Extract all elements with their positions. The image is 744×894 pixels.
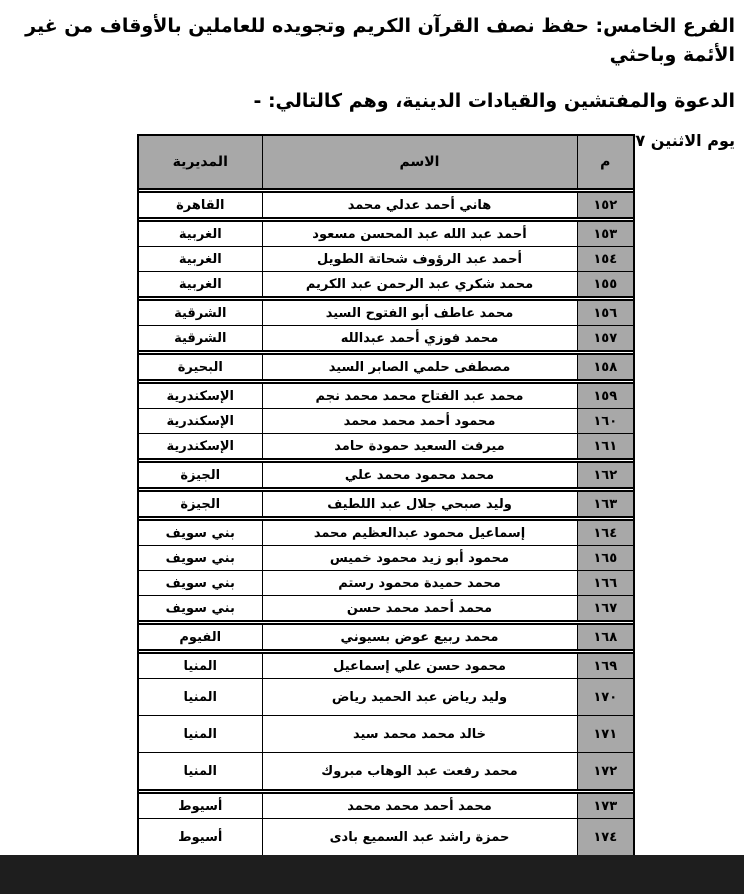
table-row: ١٦٩محمود حسن علي إسماعيلالمنيا [138, 653, 634, 679]
serial-cell: ١٥٩ [577, 383, 634, 409]
serial-cell: ١٦٦ [577, 571, 634, 596]
name-cell: محمد ربيع عوض بسيوني [262, 624, 577, 650]
serial-cell: ١٦٤ [577, 520, 634, 546]
name-cell: محمد شكري عبد الرحمن عبد الكريم [262, 272, 577, 298]
directorate-cell: الغربية [138, 272, 262, 298]
title-line-2: الدعوة والمفتشين والقيادات الدينية، وهم … [9, 87, 735, 116]
name-cell: محمود أبو زيد محمود خميس [262, 546, 577, 571]
table-row: ١٥٣أحمد عبد الله عبد المحسن مسعودالغربية [138, 221, 634, 247]
name-cell: مصطفى حلمي الصابر السيد [262, 354, 577, 380]
names-table: م الاسم المديرية ١٥٢هاني أحمد عدلي محمدا… [137, 134, 635, 857]
serial-cell: ١٦١ [577, 434, 634, 460]
table-row: ١٥٦محمد عاطف أبو الفتوح السيدالشرقية [138, 300, 634, 326]
document-heading: الفرع الخامس: حفظ نصف القرآن الكريم وتجو… [9, 12, 735, 153]
name-cell: محمد عاطف أبو الفتوح السيد [262, 300, 577, 326]
table-row: ١٦٨محمد ربيع عوض بسيونيالفيوم [138, 624, 634, 650]
serial-cell: ١٦٥ [577, 546, 634, 571]
serial-cell: ١٥٧ [577, 326, 634, 352]
serial-cell: ١٦٨ [577, 624, 634, 650]
document-page: الفرع الخامس: حفظ نصف القرآن الكريم وتجو… [0, 0, 744, 894]
table-row: ١٧١خالد محمد محمد سيدالمنيا [138, 716, 634, 753]
table-header: م الاسم المديرية [138, 135, 634, 189]
table-row: ١٥٩محمد عبد الفتاح محمد محمد نجمالإسكندر… [138, 383, 634, 409]
name-cell: وليد صبحي جلال عبد اللطيف [262, 491, 577, 517]
name-cell: محمد محمود محمد علي [262, 462, 577, 488]
column-header-serial: م [577, 135, 634, 189]
name-cell: محمد حميدة محمود رستم [262, 571, 577, 596]
directorate-cell: الإسكندرية [138, 383, 262, 409]
directorate-cell: الجيزة [138, 491, 262, 517]
name-cell: محمود حسن علي إسماعيل [262, 653, 577, 679]
name-cell: أحمد عبد الرؤوف شحاتة الطويل [262, 247, 577, 272]
serial-cell: ١٦٣ [577, 491, 634, 517]
table-row: ١٦٤إسماعيل محمود عبدالعظيم محمدبني سويف [138, 520, 634, 546]
name-cell: محمد فوزي أحمد عبدالله [262, 326, 577, 352]
serial-cell: ١٥٣ [577, 221, 634, 247]
column-header-name: الاسم [262, 135, 577, 189]
directorate-cell: المنيا [138, 753, 262, 791]
directorate-cell: المنيا [138, 716, 262, 753]
column-header-directorate: المديرية [138, 135, 262, 189]
directorate-cell: الإسكندرية [138, 409, 262, 434]
directorate-cell: الشرقية [138, 300, 262, 326]
viewer-bottom-bar [0, 855, 744, 894]
directorate-cell: بني سويف [138, 520, 262, 546]
directorate-cell: أسيوط [138, 819, 262, 857]
directorate-cell: المنيا [138, 679, 262, 716]
serial-cell: ١٦٩ [577, 653, 634, 679]
table-row: ١٧٤حمزة راشد عبد السميع بادىأسيوط [138, 819, 634, 857]
serial-cell: ١٧١ [577, 716, 634, 753]
table-row: ١٦٣وليد صبحي جلال عبد اللطيفالجيزة [138, 491, 634, 517]
table-row: ١٦١ميرفت السعيد حمودة حامدالإسكندرية [138, 434, 634, 460]
serial-cell: ١٦٧ [577, 596, 634, 622]
directorate-cell: البحيرة [138, 354, 262, 380]
directorate-cell: القاهرة [138, 192, 262, 218]
name-cell: محمد أحمد محمد حسن [262, 596, 577, 622]
directorate-cell: الجيزة [138, 462, 262, 488]
directorate-cell: بني سويف [138, 596, 262, 622]
directorate-cell: الإسكندرية [138, 434, 262, 460]
table-row: ١٧٣محمد أحمد محمد محمدأسيوط [138, 793, 634, 819]
table-row: ١٧٢محمد رفعت عبد الوهاب مبروكالمنيا [138, 753, 634, 791]
serial-cell: ١٧٠ [577, 679, 634, 716]
table-row: ١٥٤أحمد عبد الرؤوف شحاتة الطويلالغربية [138, 247, 634, 272]
table-row: ١٥٨مصطفى حلمي الصابر السيدالبحيرة [138, 354, 634, 380]
table-body: ١٥٢هاني أحمد عدلي محمدالقاهرة١٥٣أحمد عبد… [138, 189, 634, 856]
serial-cell: ١٧٢ [577, 753, 634, 791]
serial-cell: ١٥٢ [577, 192, 634, 218]
directorate-cell: الفيوم [138, 624, 262, 650]
directorate-cell: الغربية [138, 247, 262, 272]
table-row: ١٦٠محمود أحمد محمد محمدالإسكندرية [138, 409, 634, 434]
directorate-cell: الشرقية [138, 326, 262, 352]
table-row: ١٧٠وليد رياض عبد الحميد رياضالمنيا [138, 679, 634, 716]
name-cell: حمزة راشد عبد السميع بادى [262, 819, 577, 857]
directorate-cell: الغربية [138, 221, 262, 247]
directorate-cell: بني سويف [138, 546, 262, 571]
table-row: ١٦٧محمد أحمد محمد حسنبني سويف [138, 596, 634, 622]
name-cell: محمد عبد الفتاح محمد محمد نجم [262, 383, 577, 409]
table-row: ١٦٦محمد حميدة محمود رستمبني سويف [138, 571, 634, 596]
directorate-cell: أسيوط [138, 793, 262, 819]
table-row: ١٥٥محمد شكري عبد الرحمن عبد الكريمالغربي… [138, 272, 634, 298]
table-row: ١٦٥محمود أبو زيد محمود خميسبني سويف [138, 546, 634, 571]
serial-cell: ١٥٦ [577, 300, 634, 326]
name-cell: محمود أحمد محمد محمد [262, 409, 577, 434]
serial-cell: ١٥٨ [577, 354, 634, 380]
directorate-cell: المنيا [138, 653, 262, 679]
directorate-cell: بني سويف [138, 571, 262, 596]
name-cell: هاني أحمد عدلي محمد [262, 192, 577, 218]
serial-cell: ١٦٠ [577, 409, 634, 434]
serial-cell: ١٥٤ [577, 247, 634, 272]
table-header-row: م الاسم المديرية [138, 135, 634, 189]
title-line-1: الفرع الخامس: حفظ نصف القرآن الكريم وتجو… [9, 12, 735, 70]
name-cell: إسماعيل محمود عبدالعظيم محمد [262, 520, 577, 546]
serial-cell: ١٦٢ [577, 462, 634, 488]
table-row: ١٦٢محمد محمود محمد عليالجيزة [138, 462, 634, 488]
table-row: ١٥٢هاني أحمد عدلي محمدالقاهرة [138, 192, 634, 218]
serial-cell: ١٧٣ [577, 793, 634, 819]
serial-cell: ١٧٤ [577, 819, 634, 857]
serial-cell: ١٥٥ [577, 272, 634, 298]
name-cell: وليد رياض عبد الحميد رياض [262, 679, 577, 716]
name-cell: ميرفت السعيد حمودة حامد [262, 434, 577, 460]
table-row: ١٥٧محمد فوزي أحمد عبداللهالشرقية [138, 326, 634, 352]
name-cell: محمد رفعت عبد الوهاب مبروك [262, 753, 577, 791]
name-cell: أحمد عبد الله عبد المحسن مسعود [262, 221, 577, 247]
name-cell: محمد أحمد محمد محمد [262, 793, 577, 819]
name-cell: خالد محمد محمد سيد [262, 716, 577, 753]
